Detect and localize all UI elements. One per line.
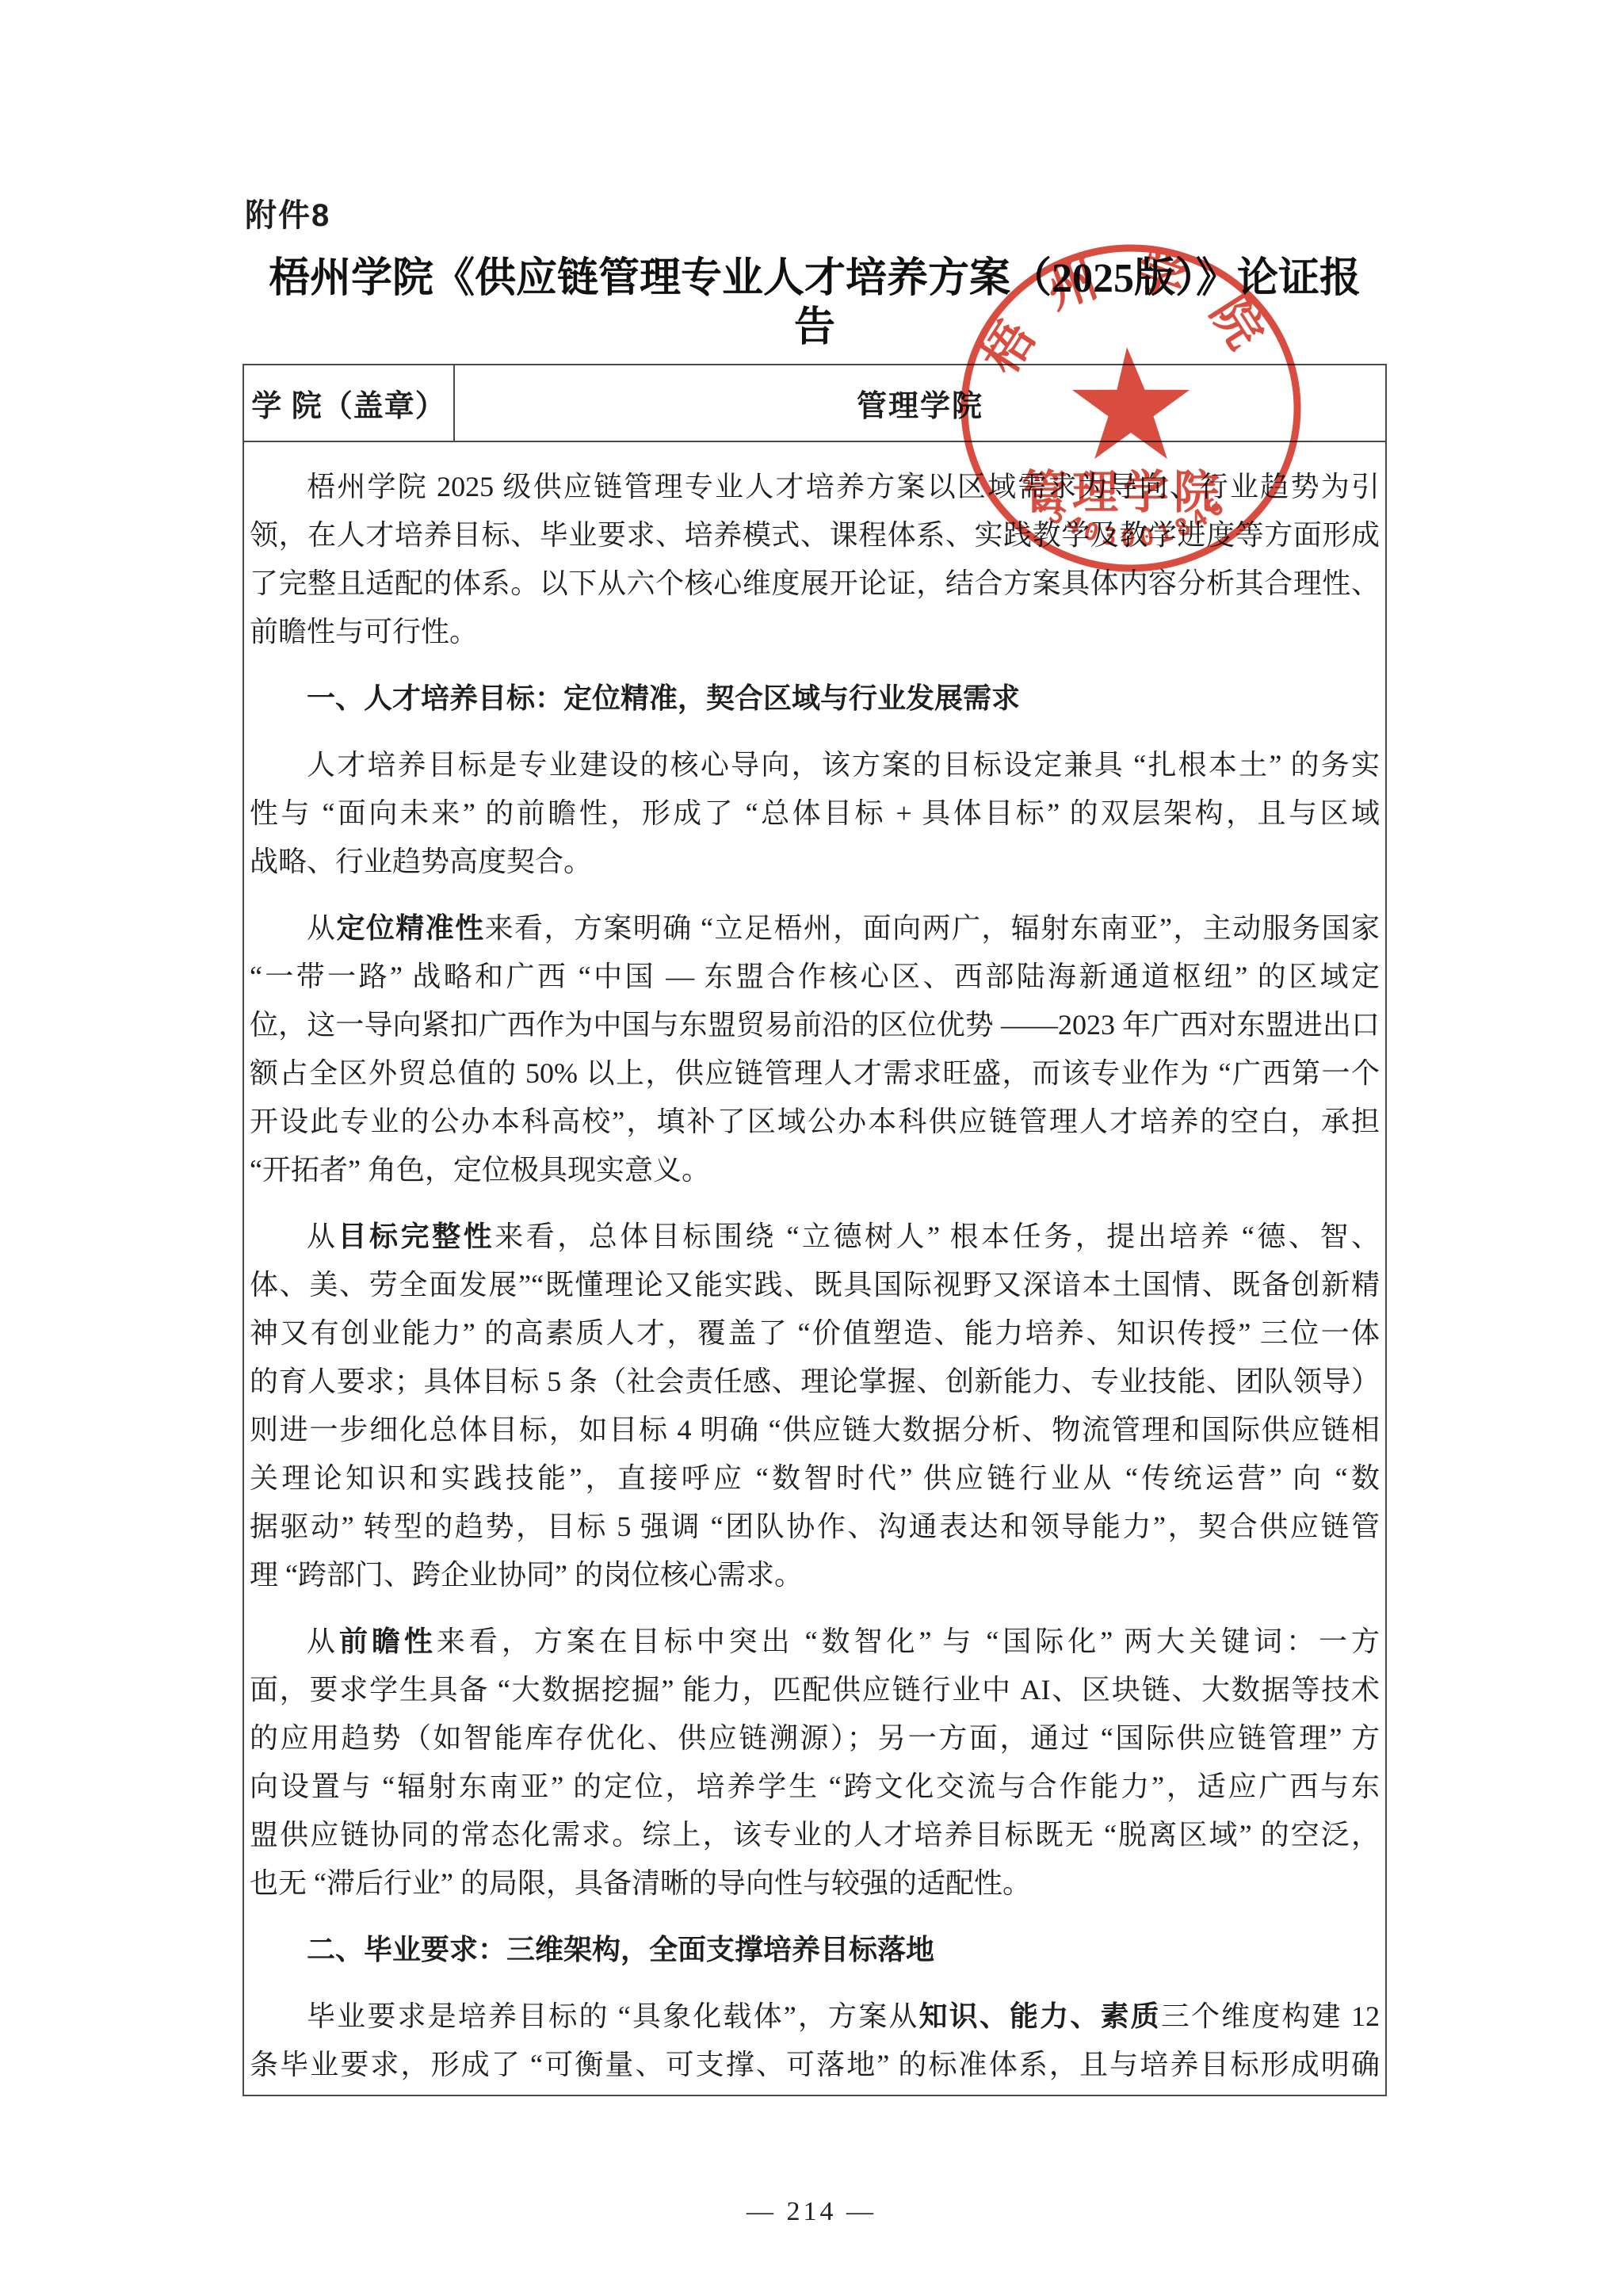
text-line: 了完整且适配的体系。以下从六个核心维度展开论证，结合方案具体内容分析其合理性、 bbox=[250, 560, 1380, 608]
text-line: 人才培养目标是专业建设的核心导向，该方案的目标设定兼具 “扎根本土” 的务实 bbox=[250, 741, 1380, 789]
title-line-2: 告 bbox=[242, 304, 1387, 353]
paragraph: 人才培养目标是专业建设的核心导向，该方案的目标设定兼具 “扎根本土” 的务实性与… bbox=[250, 741, 1380, 886]
report-body-cell: 梧州学院 2025 级供应链管理专业人才培养方案以区域需求为导向、行业趋势为引领… bbox=[244, 442, 1385, 2095]
paragraph: 从定位精准性来看，方案明确 “立足梧州，面向两广，辐射东南亚”，主动服务国家“一… bbox=[250, 904, 1380, 1194]
text-line: “一带一路” 战略和广西 “中国 — 东盟合作核心区、西部陆海新通道枢纽” 的区… bbox=[250, 953, 1380, 1001]
text-line: 前瞻性与可行性。 bbox=[250, 608, 1380, 656]
section-heading-1: 一、人才培养目标：定位精准，契合区域与行业发展需求 bbox=[250, 674, 1380, 723]
text-line: 据驱动” 转型的趋势，目标 5 强调 “团队协作、沟通表达和领导能力”，契合供应… bbox=[250, 1503, 1380, 1551]
text-line: “开拓者” 角色，定位极具现实意义。 bbox=[250, 1146, 1380, 1194]
text-line: 则进一步细化总体目标，如目标 4 明确 “供应链大数据分析、物流管理和国际供应链… bbox=[250, 1406, 1380, 1454]
report-table: 学 院（盖章） 管理学院 梧州学院 2025 级供应链管理专业人才培养方案以区域… bbox=[242, 364, 1387, 2096]
attachment-label: 附件8 bbox=[245, 190, 330, 235]
college-seal-label-cell: 学 院（盖章） bbox=[244, 365, 455, 441]
text-line: 从定位精准性来看，方案明确 “立足梧州，面向两广，辐射东南亚”，主动服务国家 bbox=[250, 904, 1380, 953]
text-line: 的育人要求；具体目标 5 条（社会责任感、理论掌握、创新能力、专业技能、团队领导… bbox=[250, 1358, 1380, 1406]
text-line: 一、人才培养目标：定位精准，契合区域与行业发展需求 bbox=[250, 674, 1380, 723]
text-line: 二、毕业要求：三维架构，全面支撑培养目标落地 bbox=[250, 1926, 1380, 1974]
paragraph: 从前瞻性来看，方案在目标中突出 “数智化” 与 “国际化” 两大关键词：一方面，… bbox=[250, 1618, 1380, 1908]
text-line: 性与 “面向未来” 的前瞻性，形成了 “总体目标 + 具体目标” 的双层架构，且… bbox=[250, 789, 1380, 838]
table-header-row: 学 院（盖章） 管理学院 bbox=[244, 365, 1385, 442]
text-line: 理 “跨部门、跨企业协同” 的岗位核心需求。 bbox=[250, 1551, 1380, 1599]
text-line: 的应用趋势（如智能库存优化、供应链溯源）；另一方面，通过 “国际供应链管理” 方 bbox=[250, 1714, 1380, 1763]
text-line: 盟供应链协同的常态化需求。综上，该专业的人才培养目标既无 “脱离区域” 的空泛， bbox=[250, 1811, 1380, 1859]
text-line: 条毕业要求，形成了 “可衡量、可支撑、可落地” 的标准体系，且与培养目标形成明确 bbox=[250, 2041, 1380, 2089]
text-line: 关理论知识和实践技能”，直接呼应 “数智时代” 供应链行业从 “传统运营” 向 … bbox=[250, 1454, 1380, 1503]
text-line: 从前瞻性来看，方案在目标中突出 “数智化” 与 “国际化” 两大关键词：一方 bbox=[250, 1618, 1380, 1666]
text-line: 面，要求学生具备 “大数据挖掘” 能力，匹配供应链行业中 AI、区块链、大数据等… bbox=[250, 1666, 1380, 1714]
section-heading-2: 二、毕业要求：三维架构，全面支撑培养目标落地 bbox=[250, 1926, 1380, 1974]
document-page: 附件8 梧州学院《供应链管理专业人才培养方案（2025版）》论证报 告 学 院（… bbox=[0, 0, 1623, 2296]
text-line: 领，在人才培养目标、毕业要求、培养模式、课程体系、实践教学及教学进度等方面形成 bbox=[250, 511, 1380, 560]
text-line: 体、美、劳全面发展”“既懂理论又能实践、既具国际视野又深谙本土国情、既备创新精 bbox=[250, 1261, 1380, 1309]
text-line: 也无 “滞后行业” 的局限，具备清晰的导向性与较强的适配性。 bbox=[250, 1859, 1380, 1908]
title-line-1: 梧州学院《供应链管理专业人才培养方案（2025版）》论证报 bbox=[242, 254, 1387, 304]
text-line: 梧州学院 2025 级供应链管理专业人才培养方案以区域需求为导向、行业趋势为引 bbox=[250, 463, 1380, 511]
text-line: 向设置与 “辐射东南亚” 的定位，培养学生 “跨文化交流与合作能力”，适应广西与… bbox=[250, 1763, 1380, 1811]
document-title: 梧州学院《供应链管理专业人才培养方案（2025版）》论证报 告 bbox=[242, 254, 1387, 353]
text-line: 额占全区外贸总值的 50% 以上，供应链管理人才需求旺盛，而该专业作为 “广西第… bbox=[250, 1049, 1380, 1098]
text-line: 毕业要求是培养目标的 “具象化载体”，方案从知识、能力、素质三个维度构建 12 bbox=[250, 1992, 1380, 2041]
college-name-cell: 管理学院 bbox=[455, 365, 1385, 441]
paragraph: 从目标完整性来看，总体目标围绕 “立德树人” 根本任务，提出培养 “德、智、体、… bbox=[250, 1213, 1380, 1599]
text-line: 从目标完整性来看，总体目标围绕 “立德树人” 根本任务，提出培养 “德、智、 bbox=[250, 1213, 1380, 1261]
text-line: 神又有创业能力” 的高素质人才，覆盖了 “价值塑造、能力培养、知识传授” 三位一… bbox=[250, 1309, 1380, 1358]
text-line: 位，这一导向紧扣广西作为中国与东盟贸易前沿的区位优势 ——2023 年广西对东盟… bbox=[250, 1001, 1380, 1049]
page-number: — 214 — bbox=[0, 2197, 1623, 2227]
paragraph: 毕业要求是培养目标的 “具象化载体”，方案从知识、能力、素质三个维度构建 12条… bbox=[250, 1992, 1380, 2089]
paragraph: 梧州学院 2025 级供应链管理专业人才培养方案以区域需求为导向、行业趋势为引领… bbox=[250, 463, 1380, 656]
text-line: 战略、行业趋势高度契合。 bbox=[250, 838, 1380, 886]
text-line: 开设此专业的公办本科高校”，填补了区域公办本科供应链管理人才培养的空白，承担 bbox=[250, 1098, 1380, 1146]
